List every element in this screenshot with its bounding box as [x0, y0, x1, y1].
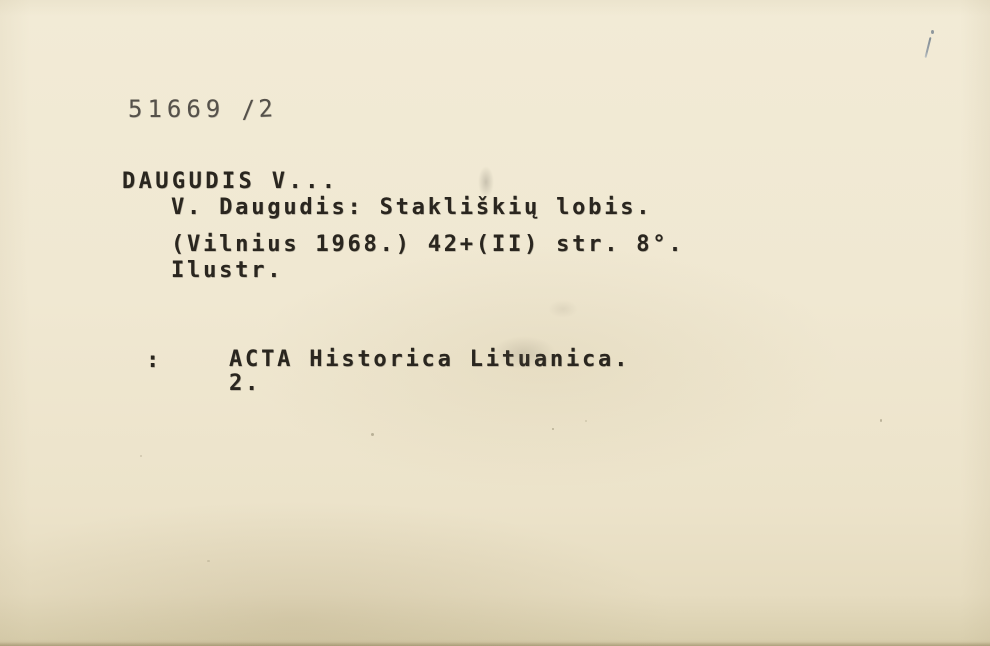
series-number: 2. — [229, 372, 261, 396]
pen-mark-dot — [931, 30, 934, 34]
illustration-note: Ilustr. — [171, 259, 283, 283]
imprint-statement: (Vilnius 1968.) 42+(II) str. 8°. — [171, 233, 684, 257]
main-entry-heading: DAUGUDIS V... — [122, 170, 338, 194]
call-number-suffix: /2 — [241, 94, 277, 124]
paper-fleck — [552, 428, 554, 430]
series-separator: : — [146, 349, 162, 373]
paper-smudge — [478, 166, 494, 198]
catalog-card: 51669/2 DAUGUDIS V... V. Daugudis: Stakl… — [0, 0, 990, 646]
paper-smudge — [548, 300, 578, 318]
paper-fleck — [585, 420, 587, 422]
pen-mark-icon — [920, 28, 938, 60]
paper-fleck — [207, 560, 210, 562]
paper-fleck — [371, 433, 374, 436]
title-statement: V. Daugudis: Stakliškių lobis. — [171, 196, 652, 220]
paper-fleck — [140, 455, 142, 457]
call-number-line: 51669/2 — [128, 95, 276, 123]
call-number: 51669 — [128, 95, 225, 123]
paper-fleck — [880, 419, 882, 422]
pen-mark-stroke — [924, 37, 931, 58]
series-title: ACTA Historica Lituanica. — [229, 348, 630, 372]
